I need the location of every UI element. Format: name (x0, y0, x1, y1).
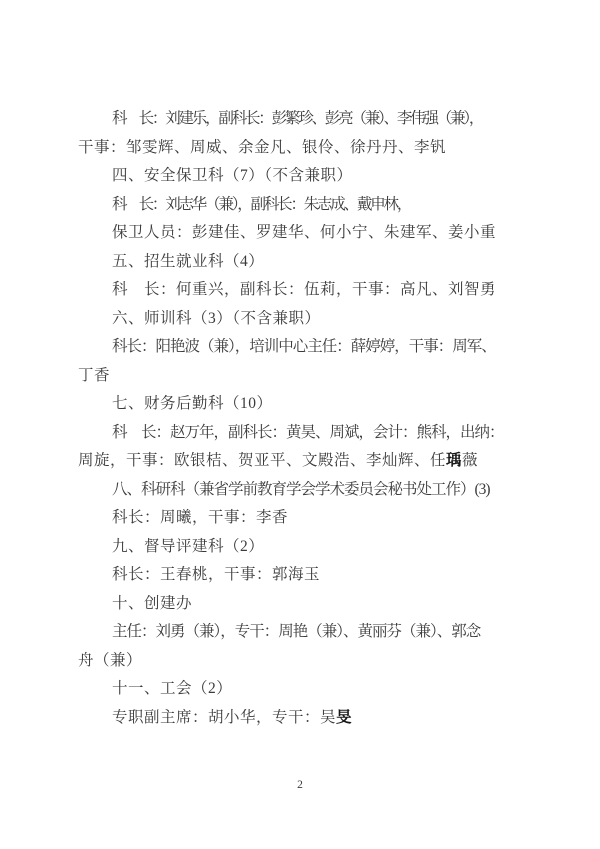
section-heading: 六、师训科（3）（不含兼职） (78, 305, 530, 334)
bold-character: 旻 (336, 709, 352, 726)
text-line: 科 长：赵万年，副科长：黄昊、周斌，会计：熊科，出纳： (78, 419, 530, 448)
text-line: 科 长：刘志华（兼），副科长：朱志成、戴申林， (78, 191, 530, 220)
text-segment: 周旋，干事：欧银桔、贺亚平、文殿浩、李灿辉、任 (78, 452, 446, 469)
text-line: 舟（兼） (78, 647, 530, 676)
text-line: 干事：邹雯辉、周威、余金凡、银伶、徐丹丹、李钒 (78, 134, 530, 163)
section-heading: 八、科研科（兼省学前教育学会学术委员会秘书处工作）(3) (78, 476, 530, 505)
section-heading: 五、招生就业科（4） (78, 248, 530, 277)
page-number: 2 (0, 779, 600, 791)
section-heading: 七、财务后勤科（10） (78, 390, 530, 419)
section-heading: 十一、工会（2） (78, 675, 530, 704)
text-line: 科长：阳艳波（兼），培训中心主任：薛婷婷，干事：周军、 (78, 333, 530, 362)
text-line: 丁香 (78, 362, 530, 391)
text-line: 科长：周曦，干事：李香 (78, 504, 530, 533)
text-line: 专职副主席：胡小华，专干：吴旻 (78, 704, 530, 733)
text-line: 科 长：刘建乐，副科长：彭繁珍、彭亮（兼）、李伟强（兼）， (78, 105, 530, 134)
text-line: 主任：刘勇（兼），专干：周艳（兼）、黄丽芬（兼）、郭念 (78, 618, 530, 647)
text-line: 科 长：何重兴，副科长：伍莉，干事：高凡、刘智勇 (78, 276, 530, 305)
bold-character: 瑀 (446, 452, 462, 469)
text-segment: 专职副主席：胡小华，专干：吴 (112, 709, 336, 726)
document-page: 科 长：刘建乐，副科长：彭繁珍、彭亮（兼）、李伟强（兼）， 干事：邹雯辉、周威、… (0, 0, 600, 849)
text-column: 科 长：刘建乐，副科长：彭繁珍、彭亮（兼）、李伟强（兼）， 干事：邹雯辉、周威、… (78, 105, 530, 732)
text-segment: 薇 (462, 452, 478, 469)
section-heading: 四、安全保卫科（7）（不含兼职） (78, 162, 530, 191)
section-heading: 十、创建办 (78, 590, 530, 619)
text-line: 科长：王春桃，干事：郭海玉 (78, 561, 530, 590)
section-heading: 九、督导评建科（2） (78, 533, 530, 562)
text-line: 保卫人员：彭建佳、罗建华、何小宁、朱建军、姜小重 (78, 219, 530, 248)
text-line: 周旋，干事：欧银桔、贺亚平、文殿浩、李灿辉、任瑀薇 (78, 447, 530, 476)
